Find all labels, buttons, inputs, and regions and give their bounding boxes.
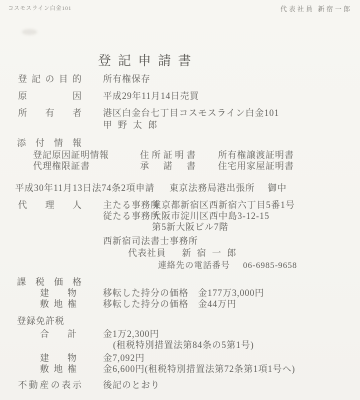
document-title: 登記申請書 [0, 50, 296, 69]
agent-phone-label: 連絡先の電話番号 [158, 260, 230, 271]
purpose-value: 所有権保存 [103, 74, 151, 85]
attachment-item: 代理権限証書 [33, 161, 90, 172]
tax-land-label: 敷地権 [40, 364, 77, 375]
attachment-item: 登記原因証明情報 [33, 150, 109, 161]
attachment-item: 所有権譲渡証明書 [218, 150, 294, 161]
submission-line: 平成30年11月13日法74条2項申請 東京法務局港出張所 御中 [15, 183, 287, 194]
submission-honorific: 御中 [268, 183, 287, 193]
attachment-item: 住宅用家屋証明書 [218, 161, 294, 172]
taxable-land-label: 敷地権 [40, 299, 77, 310]
agent-branch-office-address: 大阪市淀川区西中島3-12-15 [152, 211, 270, 222]
tax-total-label: 合計 [40, 329, 77, 340]
agent-main-office-address: 東京都新宿区西新宿六丁目5番1号 [152, 200, 295, 211]
attachment-item: 承諾書 [140, 161, 196, 172]
header-representative: 代表社員 新宿一郎 [280, 4, 352, 15]
cause-label: 原因 [18, 91, 82, 102]
cause-value: 平成29年11月14日売買 [103, 91, 199, 102]
purpose-label: 登記の目的 [18, 74, 82, 85]
tax-total-amount: 金1万2,300円 [103, 329, 159, 340]
taxable-land-amount: 金44万円 [198, 299, 237, 310]
taxable-value-label: 課税価格 [17, 277, 82, 288]
header-building-ref: コスモスライン白金101 [8, 4, 72, 15]
agent-phone-number: 06-6985-9658 [243, 260, 297, 271]
owner-address: 港区白金台七丁目コスモスライン白金101 [103, 108, 279, 119]
tax-land-amount: 金6,600円(租税特別措置法第72条第1項1号ヘ) [103, 364, 295, 375]
property-value: 後記のとおり [103, 380, 160, 391]
owner-label: 所有者 [18, 108, 82, 119]
taxable-building-desc: 移転した持分の価格 [103, 288, 189, 299]
submission-date: 平成30年11月13日法74条2項申請 [15, 183, 155, 193]
attachment-item: 住所証明書 [140, 150, 196, 161]
tax-total-note: (租税特別措置法第84条の5第1号) [113, 340, 254, 351]
submission-office: 東京法務局港出張所 [169, 183, 255, 193]
registration-application-document: コスモスライン白金101 代表社員 新宿一郎 登記申請書 登記の目的 所有権保存… [0, 0, 360, 400]
scan-artifact [22, 29, 37, 35]
owner-name: 甲野太郎 [103, 120, 163, 131]
property-label: 不動産の表示 [18, 380, 82, 391]
tax-building-amount: 金7,092円 [103, 353, 145, 364]
agent-representative-name: 新宿一郎 [182, 248, 242, 259]
registration-tax-label: 登録免許税 [17, 316, 65, 327]
agent-firm-name: 西新宿司法書士事務所 [103, 236, 198, 247]
taxable-land-desc: 移転した持分の価格 [103, 299, 189, 310]
agent-branch-office-address2: 第5新大阪ビル7階 [152, 222, 229, 233]
taxable-building-amount: 金177万3,000円 [198, 288, 264, 299]
taxable-building-label: 建物 [40, 288, 77, 299]
attachments-label: 添付情報 [17, 138, 82, 149]
agent-representative-title: 代表社員 [128, 248, 166, 259]
tax-building-label: 建物 [40, 353, 77, 364]
agent-label: 代理人 [18, 200, 82, 211]
